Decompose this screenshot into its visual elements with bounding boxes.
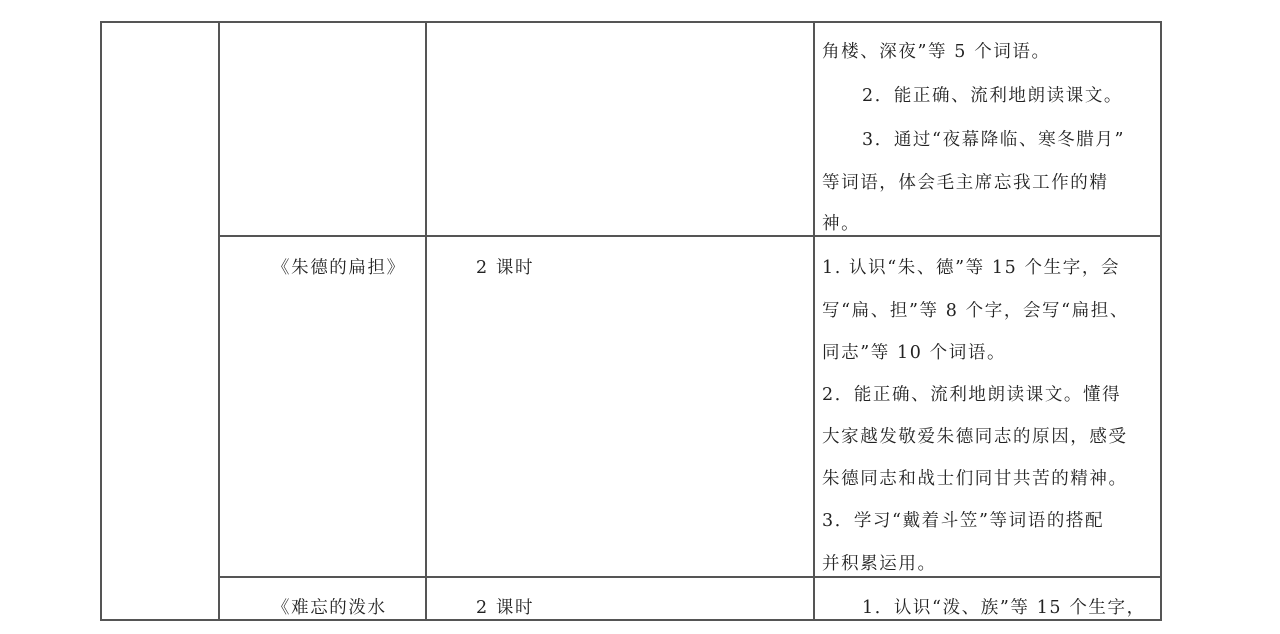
lesson-title: 《朱德的扁担》 (272, 254, 406, 279)
goal-line: 2．能正确、流利地朗读课文。懂得 (822, 381, 1121, 406)
table-right-border (1160, 21, 1162, 621)
goal-line: 角楼、深夜”等 5 个词语。 (822, 38, 1051, 63)
goal-line: 3．通过“夜幕降临、寒冬腊月” (862, 126, 1125, 151)
column-divider-2 (425, 21, 427, 621)
goal-line: 神。 (822, 210, 860, 235)
table-left-border (100, 21, 102, 621)
goal-line: 等词语，体会毛主席忘我工作的精 (822, 169, 1109, 194)
column-divider-3 (813, 21, 815, 621)
row-divider-1 (219, 235, 1162, 237)
table-bottom-border (101, 619, 1162, 621)
row-divider-2 (219, 576, 1162, 578)
goal-line: 1. 认识“朱、德”等 15 个生字，会 (822, 254, 1120, 279)
goal-line: 3．学习“戴着斗笠”等词语的搭配 (822, 507, 1104, 532)
goal-line: 朱德同志和战士们同甘共苦的精神。 (822, 465, 1128, 490)
table-top-border (101, 21, 1162, 23)
goal-line: 同志”等 10 个词语。 (822, 339, 1006, 364)
goal-line: 2．能正确、流利地朗读课文。 (862, 82, 1123, 107)
goal-line: 写“扁、担”等 8 个字，会写“扁担、 (822, 297, 1129, 322)
goal-line: 大家越发敬爱朱德同志的原因，感受 (822, 423, 1128, 448)
document-page: 角楼、深夜”等 5 个词语。 2．能正确、流利地朗读课文。 3．通过“夜幕降临、… (0, 0, 1280, 634)
column-divider-1 (218, 21, 220, 621)
lesson-title: 《难忘的泼水 (272, 594, 387, 619)
lesson-hours: 2 课时 (476, 594, 534, 619)
lesson-hours: 2 课时 (476, 254, 534, 279)
goal-line: 并积累运用。 (822, 550, 937, 575)
goal-line: 1．认识“泼、族”等 15 个生字， (862, 594, 1146, 619)
